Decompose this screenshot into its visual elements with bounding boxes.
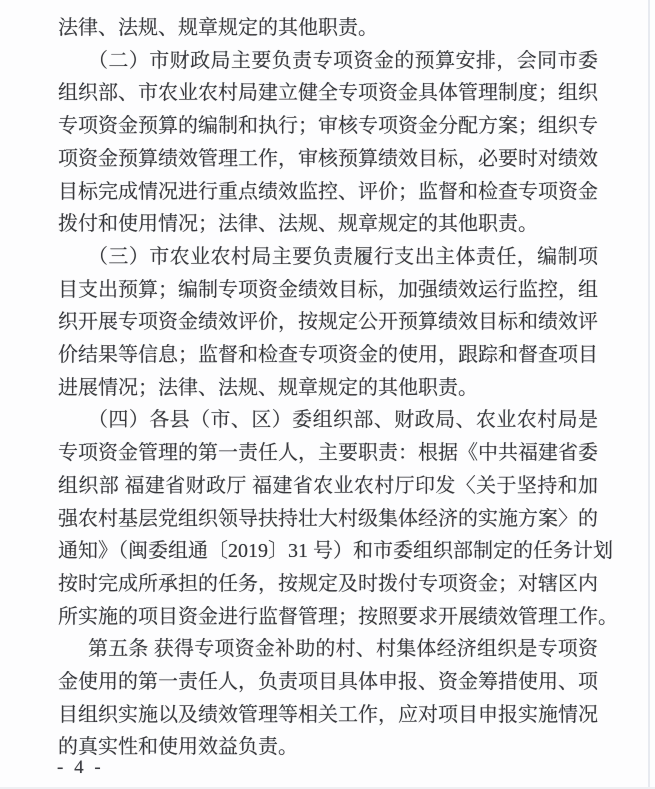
document-body: 法律、法规、规章规定的其他职责。 （二）市财政局主要负责专项资金的预算安排，会同… bbox=[58, 12, 598, 764]
text-line: 目组织实施以及绩效管理等相关工作，应对项目申报实施情况 bbox=[58, 699, 598, 732]
text-line: 金使用的第一责任人，负责项目具体申报、资金筹措使用、项 bbox=[58, 666, 598, 699]
text-line: （三）市农业农村局主要负责履行支出主体责任，编制项 bbox=[58, 241, 598, 274]
text-line: 专项资金预算的编制和执行；审核专项资金分配方案；组织专 bbox=[58, 110, 598, 143]
text-line: 按时完成所承担的任务，按规定及时拨付专项资金；对辖区内 bbox=[58, 568, 598, 601]
text-line: 所实施的项目资金进行监督管理；按照要求开展绩效管理工作。 bbox=[58, 601, 598, 634]
text-line: 强农村基层党组织领导扶持壮大村级集体经济的实施方案〉的 bbox=[58, 503, 598, 536]
text-line: 进展情况；法律、法规、规章规定的其他职责。 bbox=[58, 372, 598, 405]
text-line: 拨付和使用情况；法律、法规、规章规定的其他职责。 bbox=[58, 208, 598, 241]
text-line: 项资金预算绩效管理工作，审核预算绩效目标，必要时对绩效 bbox=[58, 143, 598, 176]
document-page: 法律、法规、规章规定的其他职责。 （二）市财政局主要负责专项资金的预算安排，会同… bbox=[0, 0, 655, 789]
text-line: 目标完成情况进行重点绩效监控、评价；监督和检查专项资金 bbox=[58, 176, 598, 209]
text-line: 织开展专项资金绩效评价，按规定公开预算绩效目标和绩效评 bbox=[58, 306, 598, 339]
text-line: 组织部 福建省财政厅 福建省农业农村厅印发〈关于坚持和加 bbox=[58, 470, 598, 503]
text-line: 专项资金管理的第一责任人，主要职责：根据《中共福建省委 bbox=[58, 437, 598, 470]
text-line: 价结果等信息；监督和检查专项资金的使用，跟踪和督查项目 bbox=[58, 339, 598, 372]
scan-edge-line bbox=[648, 0, 650, 789]
text-line: 法律、法规、规章规定的其他职责。 bbox=[58, 12, 598, 45]
text-line: 目支出预算；编制专项资金绩效目标，加强绩效运行监控，组 bbox=[58, 274, 598, 307]
text-line: 第五条 获得专项资金补助的村、村集体经济组织是专项资 bbox=[58, 633, 598, 666]
page-number: - 4 - bbox=[57, 757, 104, 779]
text-line: （四）各县（市、区）委组织部、财政局、农业农村局是 bbox=[58, 404, 598, 437]
text-line: 组织部、市农业农村局建立健全专项资金具体管理制度；组织 bbox=[58, 77, 598, 110]
text-line: 的真实性和使用效益负责。 bbox=[58, 731, 598, 764]
text-line: 通知》（闽委组通〔2019〕31 号）和市委组织部制定的任务计划 bbox=[58, 535, 598, 568]
text-line: （二）市财政局主要负责专项资金的预算安排，会同市委 bbox=[58, 45, 598, 78]
